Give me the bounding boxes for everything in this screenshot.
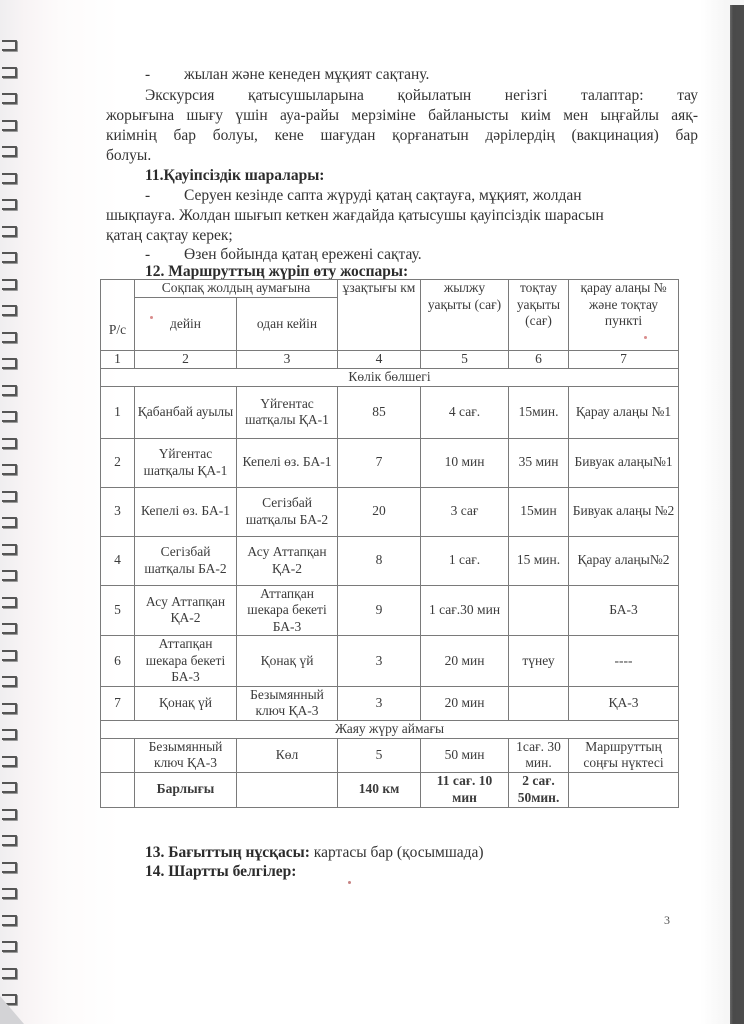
spiral-ring (2, 199, 17, 210)
route-plan-table: Р/с Соқпақ жолдың аумағына ұзақтығы км ж… (100, 279, 679, 808)
cell-km: 85 (338, 386, 421, 438)
header-no: Р/с (101, 280, 135, 351)
column-number: 7 (569, 351, 679, 369)
cell-point: Бивуак алаңы №2 (569, 487, 679, 536)
cell-km: 9 (338, 585, 421, 636)
column-number: 3 (237, 351, 338, 369)
spiral-ring (2, 941, 17, 952)
spiral-ring (2, 67, 17, 78)
spiral-ring (2, 120, 17, 131)
cell-stop: 15мин (509, 487, 569, 536)
ink-speck (150, 316, 153, 319)
bullet-dash: - (145, 65, 150, 85)
requirements-line-1: Экскурсия қатысушыларына қойылатын негіз… (145, 86, 698, 106)
cell-no: 1 (101, 386, 135, 438)
cell-to (237, 772, 338, 807)
total-label: Барлығы (135, 772, 237, 807)
spiral-binding (0, 0, 24, 1024)
ink-speck (644, 336, 647, 339)
cell-to: Безымянный ключ ҚА-3 (237, 686, 338, 720)
section-14-heading: 14. Шартты белгілер: (145, 862, 296, 882)
spiral-ring (2, 491, 17, 502)
cell-travel: 1 сағ. (421, 536, 509, 585)
cell-travel: 50 мин (421, 738, 509, 772)
bullet-snake-text: жылан және кенеден мұқият сақтану. (184, 65, 429, 85)
cell-point: Қарау алаңы№2 (569, 536, 679, 585)
spiral-ring (2, 809, 17, 820)
spiral-ring (2, 862, 17, 873)
cell-km: 20 (338, 487, 421, 536)
scan-edge-shadow (730, 5, 744, 1024)
spiral-ring (2, 411, 17, 422)
spiral-ring (2, 385, 17, 396)
spiral-ring (2, 93, 17, 104)
spiral-ring (2, 650, 17, 661)
spiral-ring (2, 358, 17, 369)
section-row-vehicle: Көлік бөлшегі (101, 368, 679, 386)
cell-stop: 35 мин (509, 438, 569, 487)
column-number: 1 (101, 351, 135, 369)
cell-no: 3 (101, 487, 135, 536)
spiral-ring (2, 835, 17, 846)
requirements-line-4: болуы. (106, 146, 151, 166)
spiral-ring (2, 252, 17, 263)
cell-to: Кепелі өз. БА-1 (237, 438, 338, 487)
cell-no (101, 772, 135, 807)
spiral-ring (2, 517, 17, 528)
cell-stop (509, 686, 569, 720)
safety-bullet-1-line-2: шықпауға. Жолдан шығып кеткен жағдайда қ… (106, 206, 604, 226)
cell-stop: түнеу (509, 636, 569, 687)
spiral-ring (2, 597, 17, 608)
cell-point: Маршруттың соңғы нүктесі (569, 738, 679, 772)
spiral-ring (2, 623, 17, 634)
header-travel-time: жылжу уақыты (сағ) (421, 280, 509, 351)
cell-km: 8 (338, 536, 421, 585)
safety-bullet-1-line-1: Серуен кезінде сапта жүруді қатаң сақтау… (184, 186, 582, 206)
cell-point: ҚА-3 (569, 686, 679, 720)
cell-no: 5 (101, 585, 135, 636)
cell-point: Қарау алаңы №1 (569, 386, 679, 438)
bullet-dash: - (145, 186, 150, 206)
requirements-line-3: киімнің бар болуы, кене шағудан қорғанат… (106, 126, 698, 146)
cell-no: 4 (101, 536, 135, 585)
table-row: 2Үйгентас шатқалы ҚА-1Кепелі өз. БА-1710… (101, 438, 679, 487)
cell-stop: 15 мин. (509, 536, 569, 585)
header-trail-area: Соқпақ жолдың аумағына (135, 280, 338, 298)
total-point (569, 772, 679, 807)
spiral-ring (2, 226, 17, 237)
section-13: 13. Бағыттың нұсқасы: картасы бар (қосым… (145, 843, 484, 863)
cell-travel: 3 сағ (421, 487, 509, 536)
header-stop-time: тоқтау уақыты (сағ) (509, 280, 569, 351)
table-row: 5Асу Аттапқан ҚА-2Аттапқан шекара бекеті… (101, 585, 679, 636)
spiral-ring (2, 332, 17, 343)
table-header-row: Р/с Соқпақ жолдың аумағына ұзақтығы км ж… (101, 280, 679, 298)
cell-from: Қабанбай ауылы (135, 386, 237, 438)
cell-travel: 10 мин (421, 438, 509, 487)
cell-stop: 1сағ. 30 мин. (509, 738, 569, 772)
cell-travel: 1 сағ.30 мин (421, 585, 509, 636)
spiral-ring (2, 305, 17, 316)
cell-point: ---- (569, 636, 679, 687)
cell-no: 7 (101, 686, 135, 720)
cell-from: Кепелі өз. БА-1 (135, 487, 237, 536)
cell-no (101, 738, 135, 772)
cell-km: 3 (338, 636, 421, 687)
spiral-ring (2, 438, 17, 449)
cell-from: Сегізбай шатқалы БА-2 (135, 536, 237, 585)
section-walk-label: Жаяу жүру аймағы (101, 720, 679, 738)
section-row-walk: Жаяу жүру аймағы (101, 720, 679, 738)
cell-stop (509, 585, 569, 636)
page-number: 3 (664, 913, 670, 928)
section-11-heading: 11.Қауіпсіздік шаралары: (145, 166, 324, 186)
cell-to: Аттапқан шекара бекеті БА-3 (237, 585, 338, 636)
cell-point: БА-3 (569, 585, 679, 636)
cell-to: Қонақ үй (237, 636, 338, 687)
cell-from: Қонақ үй (135, 686, 237, 720)
cell-km: 3 (338, 686, 421, 720)
column-number: 5 (421, 351, 509, 369)
table-row-total: Барлығы 140 км 11 сағ. 10 мин 2 сағ. 50м… (101, 772, 679, 807)
ink-speck (348, 881, 351, 884)
page-corner (0, 996, 24, 1024)
column-number: 2 (135, 351, 237, 369)
cell-to: Асу Аттапқан ҚА-2 (237, 536, 338, 585)
spiral-ring (2, 968, 17, 979)
cell-from: Безымянный ключ ҚА-3 (135, 738, 237, 772)
spiral-ring (2, 464, 17, 475)
spiral-ring (2, 570, 17, 581)
section-vehicle-label: Көлік бөлшегі (101, 368, 679, 386)
spiral-ring (2, 888, 17, 899)
cell-to: Көл (237, 738, 338, 772)
spiral-ring (2, 703, 17, 714)
table-row: 7Қонақ үйБезымянный ключ ҚА-3320 минҚА-3 (101, 686, 679, 720)
cell-to: Үйгентас шатқалы ҚА-1 (237, 386, 338, 438)
total-stop: 2 сағ. 50мин. (509, 772, 569, 807)
spiral-ring (2, 729, 17, 740)
cell-no: 2 (101, 438, 135, 487)
cell-from: Асу Аттапқан ҚА-2 (135, 585, 237, 636)
table-row: 4Сегізбай шатқалы БА-2Асу Аттапқан ҚА-28… (101, 536, 679, 585)
cell-km: 5 (338, 738, 421, 772)
spiral-ring (2, 756, 17, 767)
table-row: 3Кепелі өз. БА-1Сегізбай шатқалы БА-2203… (101, 487, 679, 536)
column-number: 6 (509, 351, 569, 369)
total-travel: 11 сағ. 10 мин (421, 772, 509, 807)
cell-no: 6 (101, 636, 135, 687)
header-after: одан кейін (237, 298, 338, 351)
spiral-ring (2, 544, 17, 555)
cell-travel: 20 мин (421, 686, 509, 720)
spiral-ring (2, 146, 17, 157)
table-row-walk: Безымянный ключ ҚА-3 Көл 5 50 мин 1сағ. … (101, 738, 679, 772)
table-row: 6Аттапқан шекара бекеті БА-3Қонақ үй320 … (101, 636, 679, 687)
spiral-ring (2, 40, 17, 51)
safety-bullet-1-line-3: қатаң сақтау керек; (106, 226, 233, 246)
spiral-ring (2, 279, 17, 290)
header-before: дейін (135, 298, 237, 351)
cell-to: Сегізбай шатқалы БА-2 (237, 487, 338, 536)
cell-km: 7 (338, 438, 421, 487)
requirements-line-2: жорығына шығу үшін ауа-райы мерзіміне ба… (106, 106, 698, 126)
column-number-row: 1 2 3 4 5 6 7 (101, 351, 679, 369)
cell-from: Аттапқан шекара бекеті БА-3 (135, 636, 237, 687)
header-viewpoint: қарау алаңы № және тоқтау пункті (569, 280, 679, 351)
section-13-heading: 13. Бағыттың нұсқасы: (145, 844, 310, 861)
cell-point: Бивуак алаңы№1 (569, 438, 679, 487)
total-km: 140 км (338, 772, 421, 807)
column-number: 4 (338, 351, 421, 369)
table-row: 1Қабанбай ауылыҮйгентас шатқалы ҚА-1854 … (101, 386, 679, 438)
cell-travel: 4 сағ. (421, 386, 509, 438)
header-length: ұзақтығы км (338, 280, 421, 351)
spiral-ring (2, 676, 17, 687)
cell-travel: 20 мин (421, 636, 509, 687)
cell-stop: 15мин. (509, 386, 569, 438)
section-13-text: картасы бар (қосымшада) (310, 844, 484, 861)
spiral-ring (2, 173, 17, 184)
spiral-ring (2, 782, 17, 793)
cell-from: Үйгентас шатқалы ҚА-1 (135, 438, 237, 487)
spiral-ring (2, 915, 17, 926)
